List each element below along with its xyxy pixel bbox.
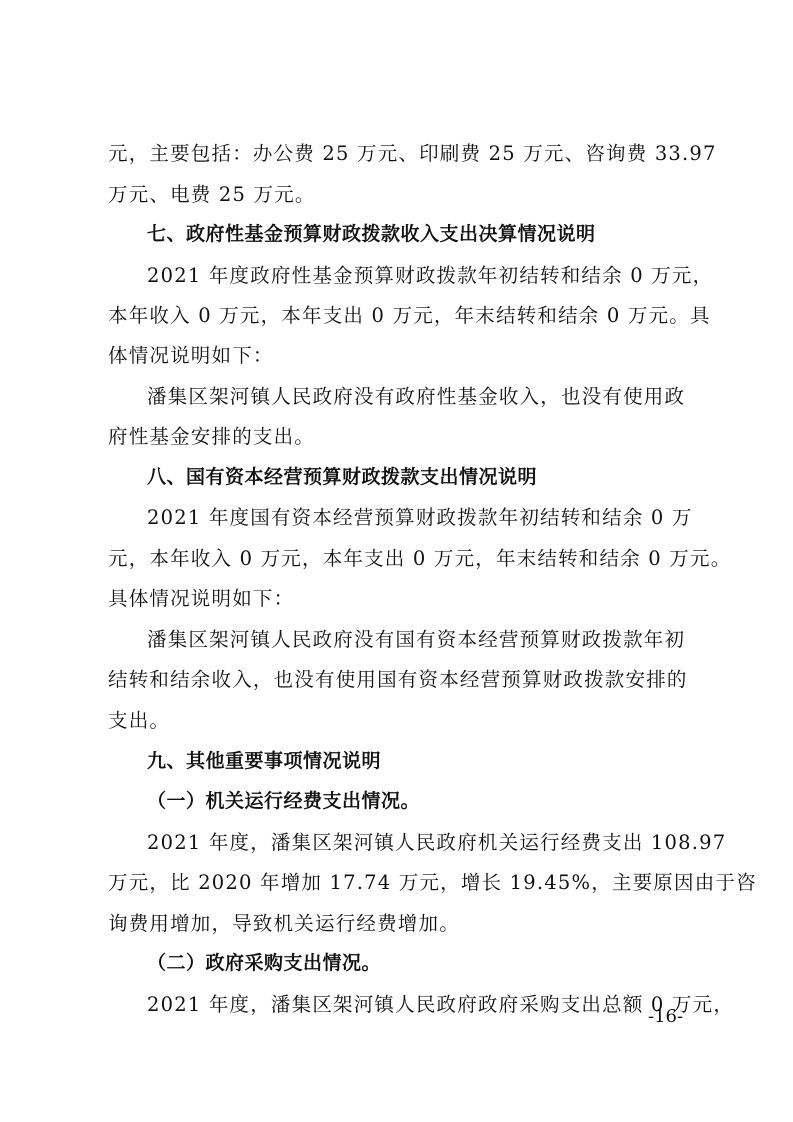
paragraph-line: 府性基金安排的支出。 — [108, 421, 315, 449]
section-heading: （二）政府采购支出情况。 — [147, 948, 381, 975]
paragraph-line: 支出。 — [108, 705, 170, 733]
paragraph-line: 结转和结余收入，也没有使用国有资本经营预算财政拨款安排的 — [108, 664, 688, 692]
paragraph-line: 体情况说明如下： — [108, 340, 274, 368]
paragraph-line: 万元，比 2020 年增加 17.74 万元，增长 19.45%，主要原因由于咨 — [108, 867, 757, 895]
paragraph-line: 2021 年度，潘集区架河镇人民政府政府采购支出总额 0 万元， — [147, 989, 734, 1017]
paragraph-line: 具体情况说明如下： — [108, 583, 294, 611]
paragraph-line: 元，本年收入 0 万元，本年支出 0 万元，年末结转和结余 0 万元。 — [108, 543, 731, 571]
section-heading: 七、政府性基金预算财政拨款收入支出决算情况说明 — [147, 219, 596, 246]
paragraph-line: 潘集区架河镇人民政府没有国有资本经营预算财政拨款年初 — [147, 624, 685, 652]
paragraph-line: 2021 年度政府性基金预算财政拨款年初结转和结余 0 万元， — [147, 260, 713, 288]
paragraph-line: 万元、电费 25 万元。 — [108, 179, 316, 207]
section-heading: （一）机关运行经费支出情况。 — [147, 786, 420, 813]
section-heading: 八、国有资本经营预算财政拨款支出情况说明 — [147, 462, 537, 489]
paragraph-line: 潘集区架河镇人民政府没有政府性基金收入，也没有使用政 — [147, 381, 685, 409]
paragraph-line: 询费用增加，导致机关运行经费增加。 — [108, 908, 460, 936]
paragraph-line: 元，主要包括：办公费 25 万元、印刷费 25 万元、咨询费 33.97 — [108, 138, 717, 166]
section-heading: 九、其他重要事项情况说明 — [147, 746, 381, 773]
paragraph-line: 本年收入 0 万元，本年支出 0 万元，年末结转和结余 0 万元。具 — [108, 300, 711, 328]
page-number: -16- — [648, 1006, 683, 1027]
paragraph-line: 2021 年度国有资本经营预算财政拨款年初结转和结余 0 万 — [147, 502, 693, 530]
paragraph-line: 2021 年度，潘集区架河镇人民政府机关运行经费支出 108.97 — [147, 827, 726, 855]
